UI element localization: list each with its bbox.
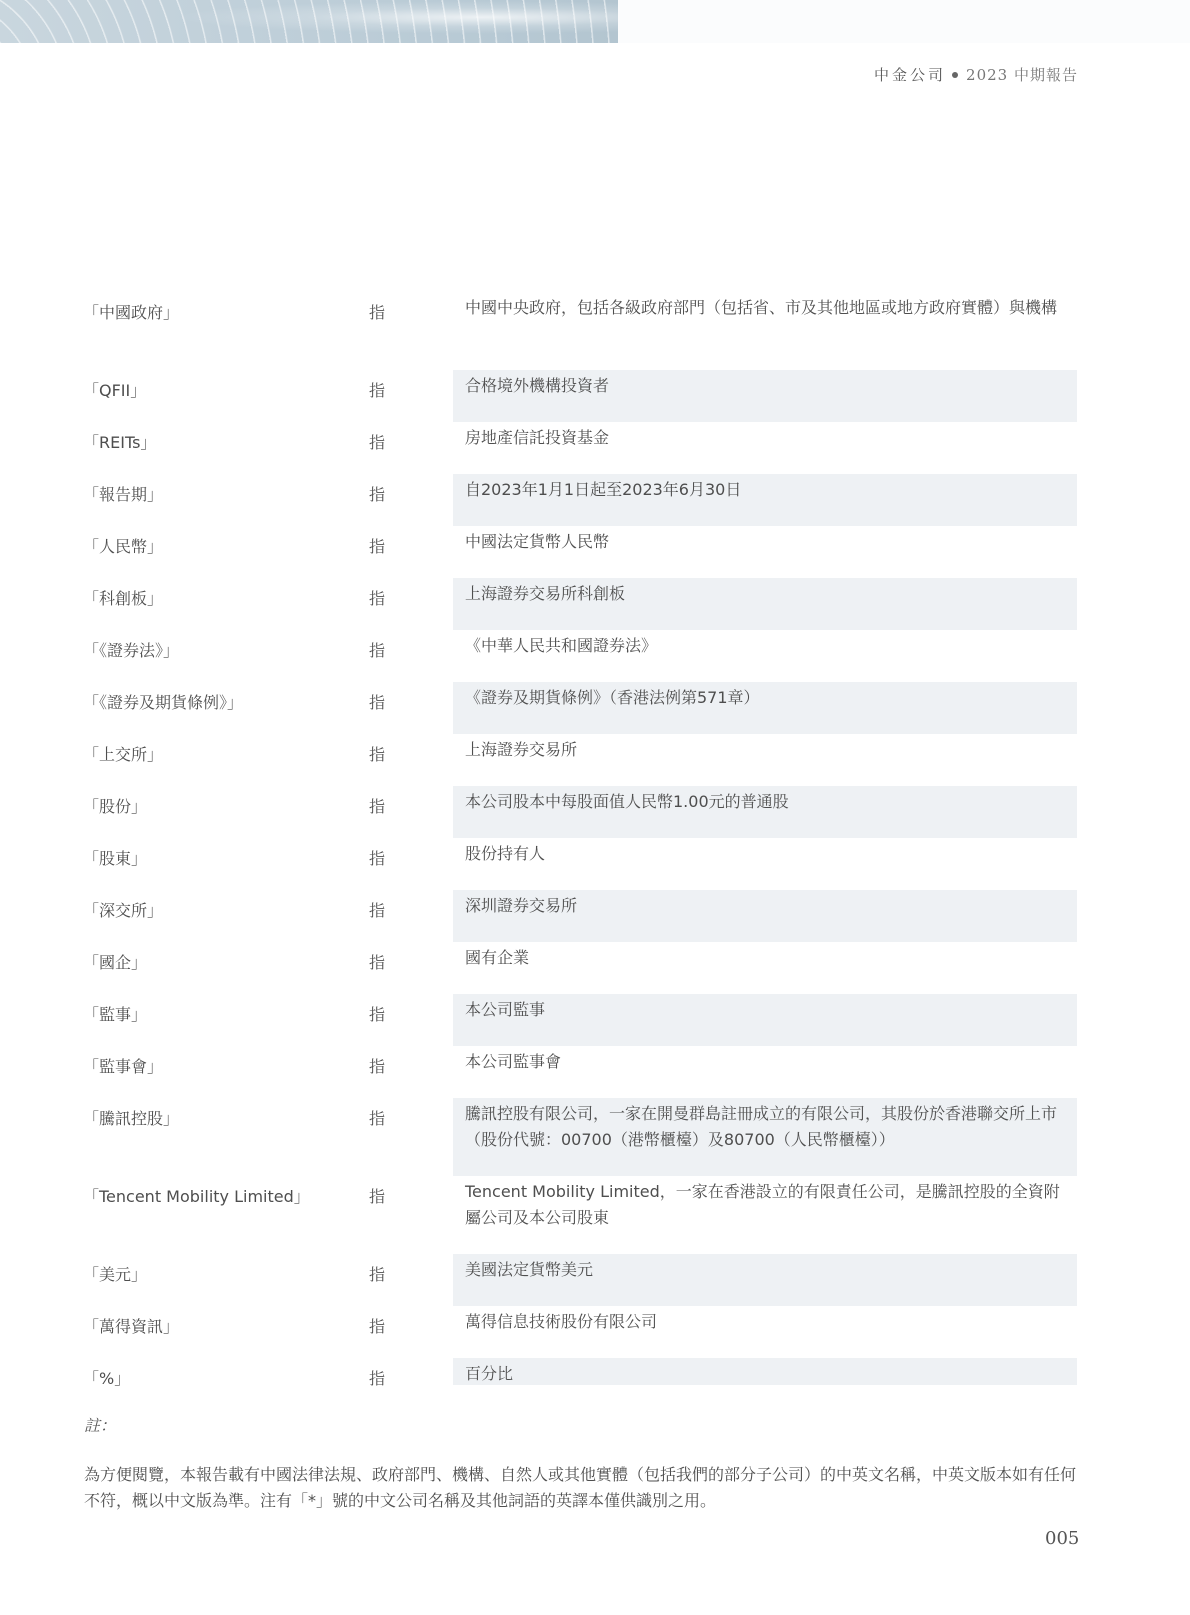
definition-means: 指 xyxy=(369,1106,385,1129)
definition-row: 「報告期」指自2023年1月1日起至2023年6月30日 xyxy=(0,474,1190,526)
definition-term: 「科創板」 xyxy=(83,586,163,609)
definition-value: 《中華人民共和國證券法》 xyxy=(465,633,1070,659)
definition-row: 「《證券及期貨條例》」指《證券及期貨條例》（香港法例第571章） xyxy=(0,682,1190,734)
definition-row: 「監事」指本公司監事 xyxy=(0,994,1190,1046)
definition-means: 指 xyxy=(369,1314,385,1337)
definition-row: 「美元」指美國法定貨幣美元 xyxy=(0,1254,1190,1306)
definition-term: 「國企」 xyxy=(83,950,147,973)
definition-value: 本公司監事 xyxy=(465,997,1070,1023)
definition-value: 萬得信息技術股份有限公司 xyxy=(465,1309,1070,1335)
header-banner-strip xyxy=(618,0,1190,43)
definition-row: 「REITs」指房地產信託投資基金 xyxy=(0,422,1190,474)
page-number: 005 xyxy=(1045,1528,1079,1549)
definition-means: 指 xyxy=(369,482,385,505)
definition-value: 上海證券交易所 xyxy=(465,737,1070,763)
definition-term: 「上交所」 xyxy=(83,742,163,765)
definition-means: 指 xyxy=(369,898,385,921)
definition-means: 指 xyxy=(369,794,385,817)
definition-value: 上海證券交易所科創板 xyxy=(465,581,1070,607)
definition-term: 「股份」 xyxy=(83,794,147,817)
definition-means: 指 xyxy=(369,1054,385,1077)
definition-means: 指 xyxy=(369,1366,385,1389)
definition-means: 指 xyxy=(369,690,385,713)
definition-value: 股份持有人 xyxy=(465,841,1070,867)
bullet-icon xyxy=(952,72,958,78)
definition-term: 「騰訊控股」 xyxy=(83,1106,179,1129)
definition-term: 「深交所」 xyxy=(83,898,163,921)
definition-value: 國有企業 xyxy=(465,945,1070,971)
definition-value: 深圳證券交易所 xyxy=(465,893,1070,919)
definition-value: 百分比 xyxy=(465,1361,1070,1387)
definition-term: 「中國政府」 xyxy=(83,300,179,323)
definition-value: 合格境外機構投資者 xyxy=(465,373,1070,399)
definition-value: 本公司股本中每股面值人民幣1.00元的普通股 xyxy=(465,789,1070,815)
definition-means: 指 xyxy=(369,300,385,323)
definition-term: 「REITs」 xyxy=(83,430,156,453)
definition-row: 「上交所」指上海證券交易所 xyxy=(0,734,1190,786)
definition-term: 「萬得資訊」 xyxy=(83,1314,179,1337)
definition-row: 「中國政府」指中國中央政府，包括各級政府部門（包括省、市及其他地區或地方政府實體… xyxy=(0,292,1190,370)
definition-row: 「《證券法》」指《中華人民共和國證券法》 xyxy=(0,630,1190,682)
definition-row: 「騰訊控股」指騰訊控股有限公司，一家在開曼群島註冊成立的有限公司，其股份於香港聯… xyxy=(0,1098,1190,1176)
report-title: 2023 中期報告 xyxy=(966,66,1078,84)
definition-term: 「人民幣」 xyxy=(83,534,163,557)
definition-term: 「%」 xyxy=(83,1366,130,1389)
definition-row: 「QFII」指合格境外機構投資者 xyxy=(0,370,1190,422)
definition-means: 指 xyxy=(369,1184,385,1207)
definition-term: 「QFII」 xyxy=(83,378,146,401)
definition-value: 本公司監事會 xyxy=(465,1049,1070,1075)
definition-term: 「報告期」 xyxy=(83,482,163,505)
definition-term: 「監事」 xyxy=(83,1002,147,1025)
definition-means: 指 xyxy=(369,534,385,557)
definition-row: 「科創板」指上海證券交易所科創板 xyxy=(0,578,1190,630)
definition-value: 美國法定貨幣美元 xyxy=(465,1257,1070,1283)
definition-value: Tencent Mobility Limited，一家在香港設立的有限責任公司，… xyxy=(465,1179,1070,1231)
note-label: 註： xyxy=(84,1413,116,1436)
definition-row: 「萬得資訊」指萬得信息技術股份有限公司 xyxy=(0,1306,1190,1358)
definition-value: 騰訊控股有限公司，一家在開曼群島註冊成立的有限公司，其股份於香港聯交所上市（股份… xyxy=(465,1101,1070,1153)
definition-row: 「人民幣」指中國法定貨幣人民幣 xyxy=(0,526,1190,578)
definition-term: 「《證券法》」 xyxy=(83,638,179,661)
definition-means: 指 xyxy=(369,430,385,453)
definition-row: 「國企」指國有企業 xyxy=(0,942,1190,994)
definition-means: 指 xyxy=(369,846,385,869)
definition-row: 「股東」指股份持有人 xyxy=(0,838,1190,890)
definition-term: 「美元」 xyxy=(83,1262,147,1285)
definition-means: 指 xyxy=(369,378,385,401)
definition-row: 「股份」指本公司股本中每股面值人民幣1.00元的普通股 xyxy=(0,786,1190,838)
definition-value: 中國法定貨幣人民幣 xyxy=(465,529,1070,555)
definition-means: 指 xyxy=(369,1002,385,1025)
definition-means: 指 xyxy=(369,1262,385,1285)
definition-term: 「股東」 xyxy=(83,846,147,869)
definition-value: 中國中央政府，包括各級政府部門（包括省、市及其他地區或地方政府實體）與機構 xyxy=(465,295,1070,321)
definition-row: 「%」指百分比 xyxy=(0,1358,1190,1410)
definition-term: 「監事會」 xyxy=(83,1054,163,1077)
running-header: 中金公司2023 中期報告 xyxy=(874,64,1078,85)
definition-term: 「Tencent Mobility Limited」 xyxy=(83,1184,310,1207)
definition-means: 指 xyxy=(369,638,385,661)
definition-row: 「監事會」指本公司監事會 xyxy=(0,1046,1190,1098)
header-banner-image xyxy=(0,0,618,43)
definition-means: 指 xyxy=(369,742,385,765)
company-name: 中金公司 xyxy=(874,66,946,84)
note-text: 為方便閱覽，本報告載有中國法律法規、政府部門、機構、自然人或其他實體（包括我們的… xyxy=(84,1462,1079,1514)
definition-value: 房地產信託投資基金 xyxy=(465,425,1070,451)
definition-means: 指 xyxy=(369,586,385,609)
definition-value: 自2023年1月1日起至2023年6月30日 xyxy=(465,477,1070,503)
definition-term: 「《證券及期貨條例》」 xyxy=(83,690,243,713)
definition-row: 「深交所」指深圳證券交易所 xyxy=(0,890,1190,942)
definition-means: 指 xyxy=(369,950,385,973)
definition-row: 「Tencent Mobility Limited」指Tencent Mobil… xyxy=(0,1176,1190,1254)
definition-value: 《證券及期貨條例》（香港法例第571章） xyxy=(465,685,1070,711)
